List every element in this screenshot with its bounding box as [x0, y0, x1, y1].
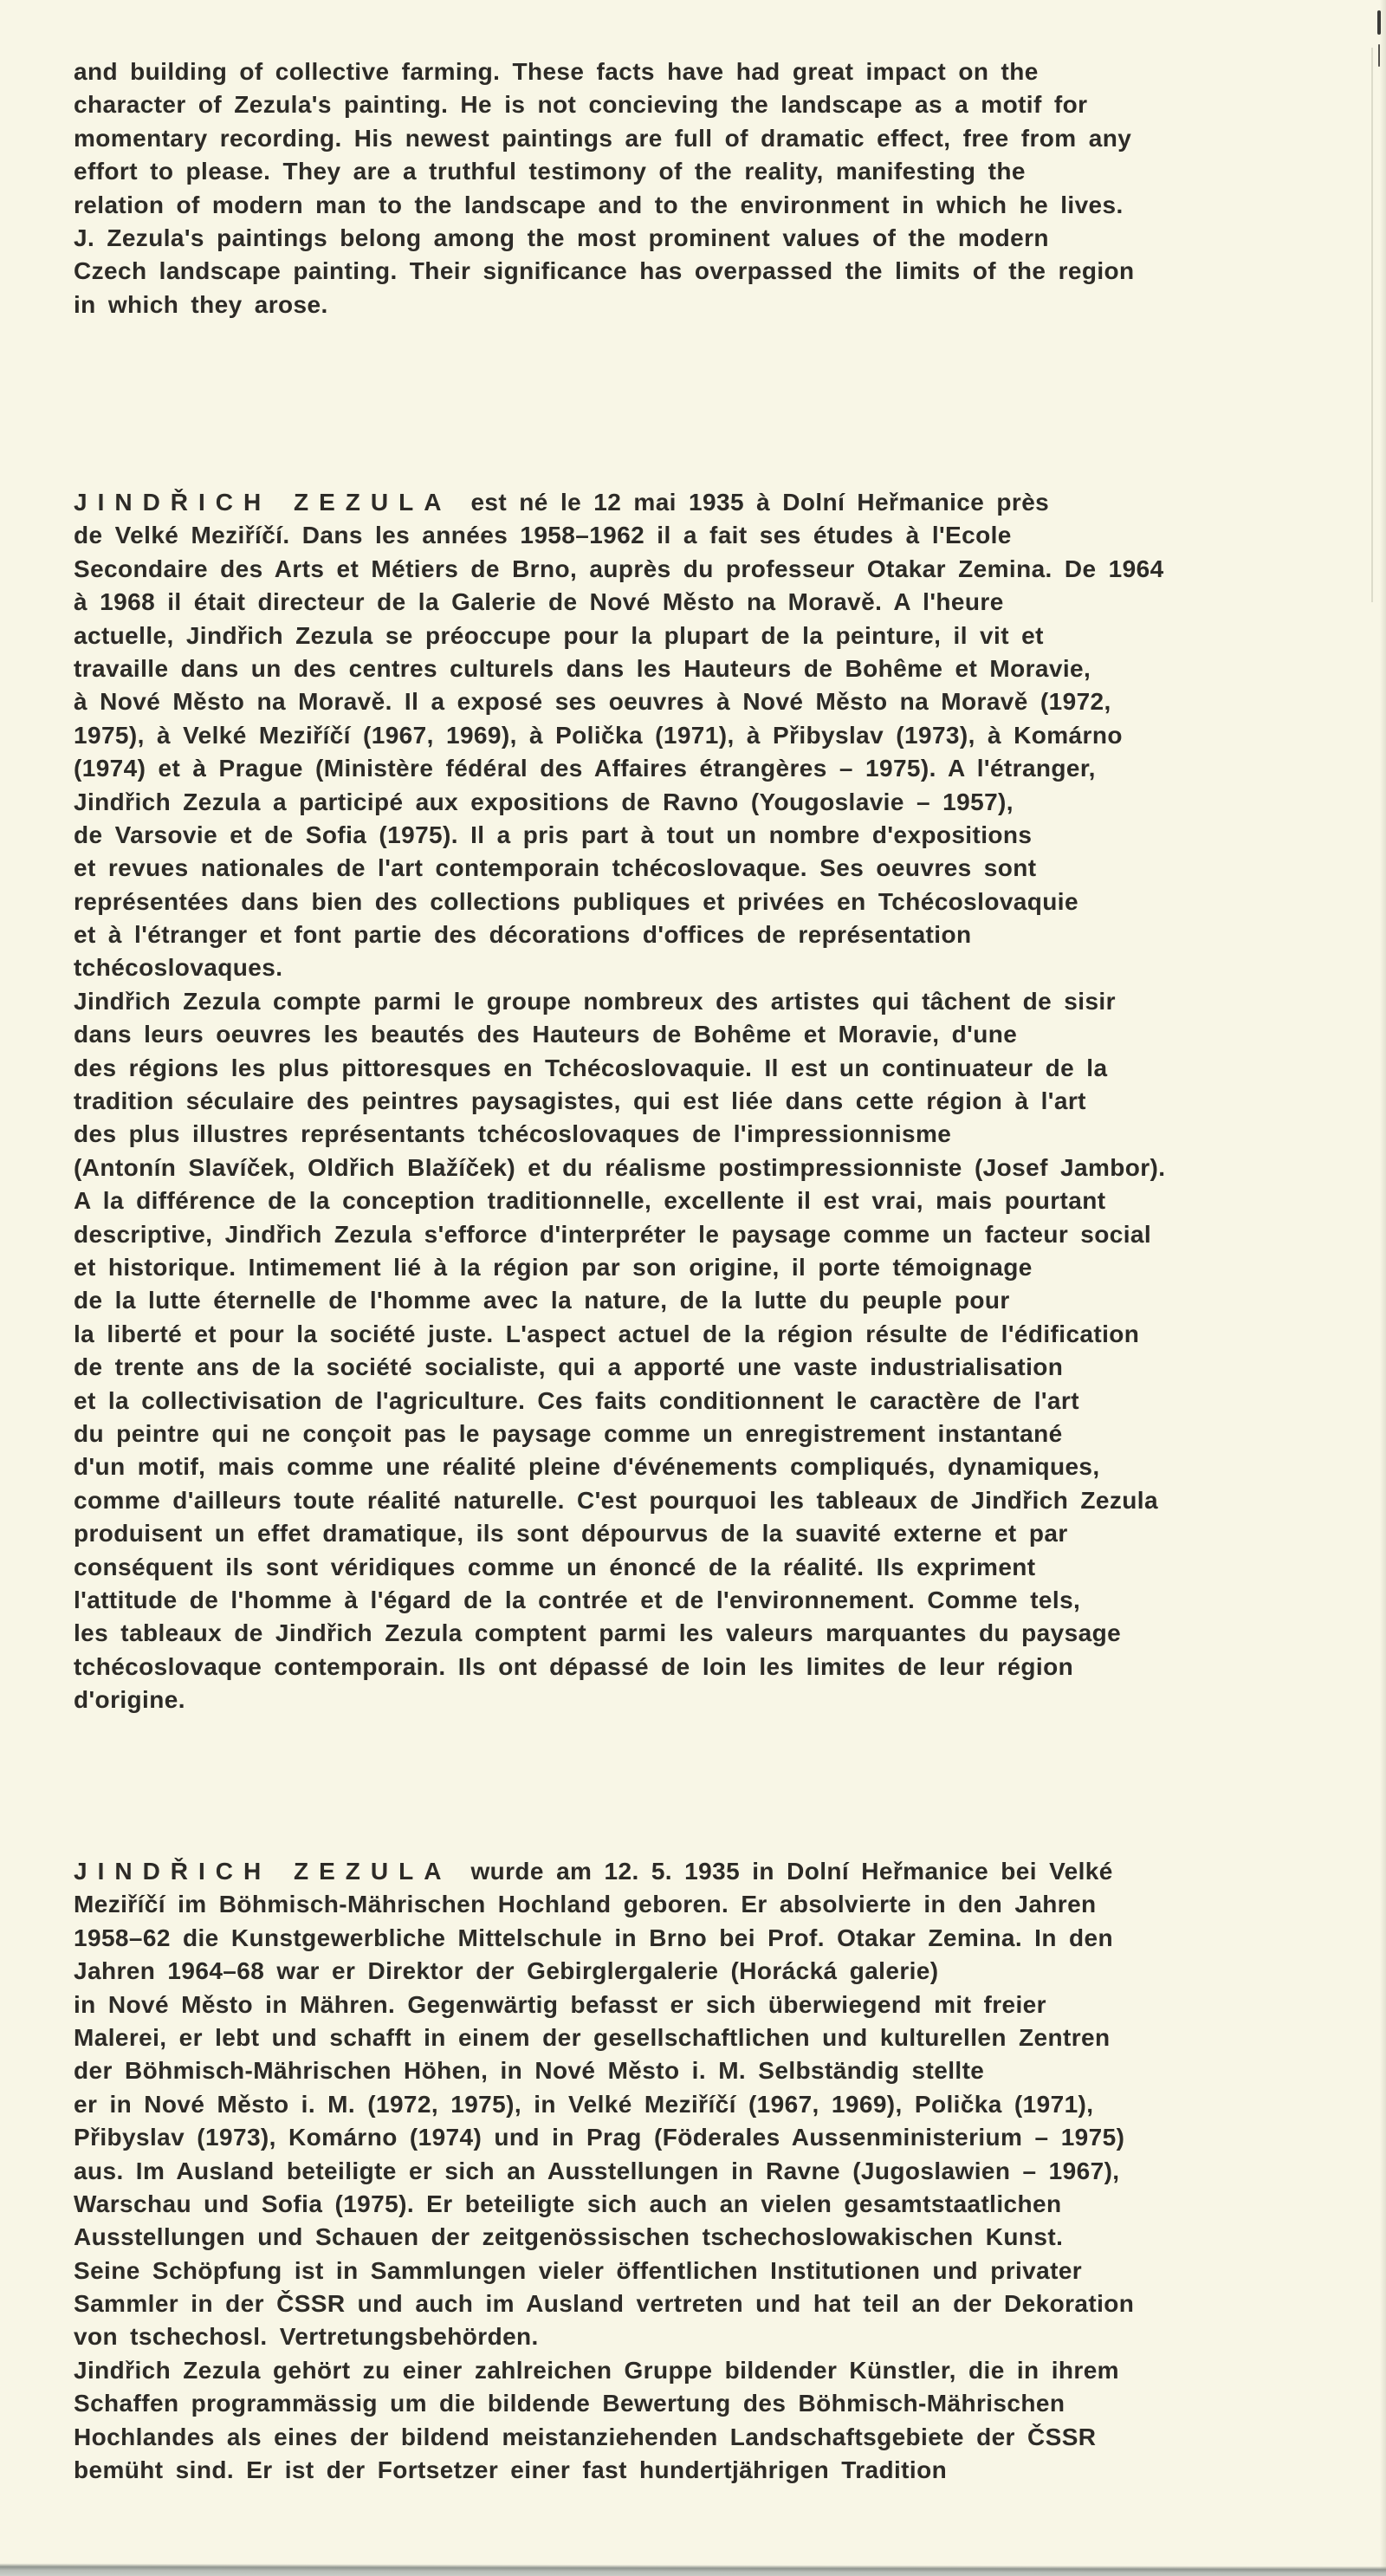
artist-name-heading: JINDŘICH ZEZULA	[74, 489, 451, 516]
text-line: de trente ans de la société socialiste, …	[74, 1351, 1369, 1384]
text-line: Jahren 1964–68 war er Direktor der Gebir…	[74, 1955, 1369, 1988]
heading-rest: est né le 12 mai 1935 à Dolní Heřmanice …	[470, 489, 1049, 516]
text-line: tchécoslovaque contemporain. Ils ont dép…	[74, 1651, 1369, 1684]
text-line: comme d'ailleurs toute réalité naturelle…	[74, 1484, 1369, 1517]
text-line: d'origine.	[74, 1684, 1369, 1716]
text-line: Jindřich Zezula a participé aux expositi…	[74, 786, 1369, 819]
text-line: de la lutte éternelle de l'homme avec la…	[74, 1284, 1369, 1317]
french-paragraph: JINDŘICH ZEZULAest né le 12 mai 1935 à D…	[74, 486, 1369, 1716]
text-line: actuelle, Jindřich Zezula se préoccupe p…	[74, 620, 1369, 652]
scan-crease-line	[1371, 48, 1373, 602]
section-heading-line: JINDŘICH ZEZULAest né le 12 mai 1935 à D…	[74, 486, 1369, 519]
text-line: de Velké Meziříčí. Dans les années 1958–…	[74, 519, 1369, 552]
text-line: effort to please. They are a truthful te…	[74, 155, 1369, 188]
text-line: produisent un effet dramatique, ils sont…	[74, 1517, 1369, 1550]
artist-name-heading: JINDŘICH ZEZULA	[74, 1858, 451, 1885]
text-line: dans leurs oeuvres les beautés des Haute…	[74, 1018, 1369, 1051]
page-bottom-edge	[0, 2559, 1386, 2576]
english-paragraph: and building of collective farming. Thes…	[74, 55, 1369, 321]
text-line: de Varsovie et de Sofia (1975). Il a pri…	[74, 819, 1369, 852]
text-line: les tableaux de Jindřich Zezula comptent…	[74, 1617, 1369, 1650]
text-line: l'attitude de l'homme à l'égard de la co…	[74, 1584, 1369, 1617]
heading-rest: wurde am 12. 5. 1935 in Dolní Heřmanice …	[470, 1858, 1112, 1885]
text-line: A la différence de la conception traditi…	[74, 1184, 1369, 1217]
text-line: Ausstellungen und Schauen der zeitgenöss…	[74, 2221, 1369, 2254]
text-line: Jindřich Zezula compte parmi le groupe n…	[74, 985, 1369, 1018]
text-line: Czech landscape painting. Their signific…	[74, 255, 1369, 288]
text-line: la liberté et pour la société juste. L'a…	[74, 1318, 1369, 1351]
text-line: er in Nové Město i. M. (1972, 1975), in …	[74, 2088, 1369, 2121]
text-line: tradition séculaire des peintres paysagi…	[74, 1085, 1369, 1118]
text-line: et historique. Intimement lié à la régio…	[74, 1251, 1369, 1284]
text-line: and building of collective farming. Thes…	[74, 55, 1369, 88]
text-line: des plus illustres représentants tchécos…	[74, 1118, 1369, 1151]
text-line: character of Zezula's painting. He is no…	[74, 88, 1369, 121]
text-line: d'un motif, mais comme une réalité plein…	[74, 1450, 1369, 1483]
text-line: représentées dans bien des collections p…	[74, 886, 1369, 918]
text-line: à 1968 il était directeur de la Galerie …	[74, 586, 1369, 619]
text-line: Přibyslav (1973), Komárno (1974) und in …	[74, 2121, 1369, 2154]
text-line: Jindřich Zezula gehört zu einer zahlreic…	[74, 2354, 1369, 2387]
text-line: tchécoslovaques.	[74, 951, 1369, 984]
section-heading-line: JINDŘICH ZEZULAwurde am 12. 5. 1935 in D…	[74, 1855, 1369, 1888]
scan-right-edge-shade	[1380, 0, 1386, 2576]
scan-mark-top-right	[1377, 10, 1381, 35]
text-line: Sammler in der ČSSR und auch im Ausland …	[74, 2287, 1369, 2320]
german-paragraph: JINDŘICH ZEZULAwurde am 12. 5. 1935 in D…	[74, 1855, 1369, 2487]
text-line: du peintre qui ne conçoit pas le paysage…	[74, 1418, 1369, 1450]
text-line: Schaffen programmässig um die bildende B…	[74, 2387, 1369, 2420]
text-line: des régions les plus pittoresques en Tch…	[74, 1052, 1369, 1085]
text-line: momentary recording. His newest painting…	[74, 122, 1369, 155]
text-line: von tschechosl. Vertretungsbehörden.	[74, 2320, 1369, 2353]
text-line: Secondaire des Arts et Métiers de Brno, …	[74, 553, 1369, 586]
text-line: conséquent ils sont véridiques comme un …	[74, 1551, 1369, 1584]
text-line: et revues nationales de l'art contempora…	[74, 852, 1369, 885]
text-line: bemüht sind. Er ist der Fortsetzer einer…	[74, 2454, 1369, 2487]
text-line: in which they arose.	[74, 289, 1369, 321]
text-line: (Antonín Slavíček, Oldřich Blažíček) et …	[74, 1152, 1369, 1184]
text-line: travaille dans un des centres culturels …	[74, 652, 1369, 685]
text-line: Warschau und Sofia (1975). Er beteiligte…	[74, 2188, 1369, 2221]
text-line: 1958–62 die Kunstgewerbliche Mittelschul…	[74, 1922, 1369, 1955]
text-line: à Nové Město na Moravě. Il a exposé ses …	[74, 685, 1369, 718]
text-line: 1975), à Velké Meziříčí (1967, 1969), à …	[74, 719, 1369, 752]
text-line: et la collectivisation de l'agriculture.…	[74, 1385, 1369, 1418]
text-line: Malerei, er lebt und schafft in einem de…	[74, 2021, 1369, 2054]
text-line: relation of modern man to the landscape …	[74, 189, 1369, 222]
text-line: (1974) et à Prague (Ministère fédéral de…	[74, 752, 1369, 785]
text-line: Hochlandes als eines der bildend meistan…	[74, 2421, 1369, 2454]
scanned-page: and building of collective farming. Thes…	[0, 0, 1386, 2576]
text-line: J. Zezula's paintings belong among the m…	[74, 222, 1369, 255]
text-line: et à l'étranger et font partie des décor…	[74, 918, 1369, 951]
text-line: Seine Schöpfung ist in Sammlungen vieler…	[74, 2255, 1369, 2287]
text-line: der Böhmisch-Mährischen Höhen, in Nové M…	[74, 2054, 1369, 2087]
text-line: in Nové Město in Mähren. Gegenwärtig bef…	[74, 1989, 1369, 2021]
text-line: aus. Im Ausland beteiligte er sich an Au…	[74, 2155, 1369, 2188]
text-line: descriptive, Jindřich Zezula s'efforce d…	[74, 1218, 1369, 1251]
text-line: Meziříčí im Böhmisch-Mährischen Hochland…	[74, 1888, 1369, 1921]
